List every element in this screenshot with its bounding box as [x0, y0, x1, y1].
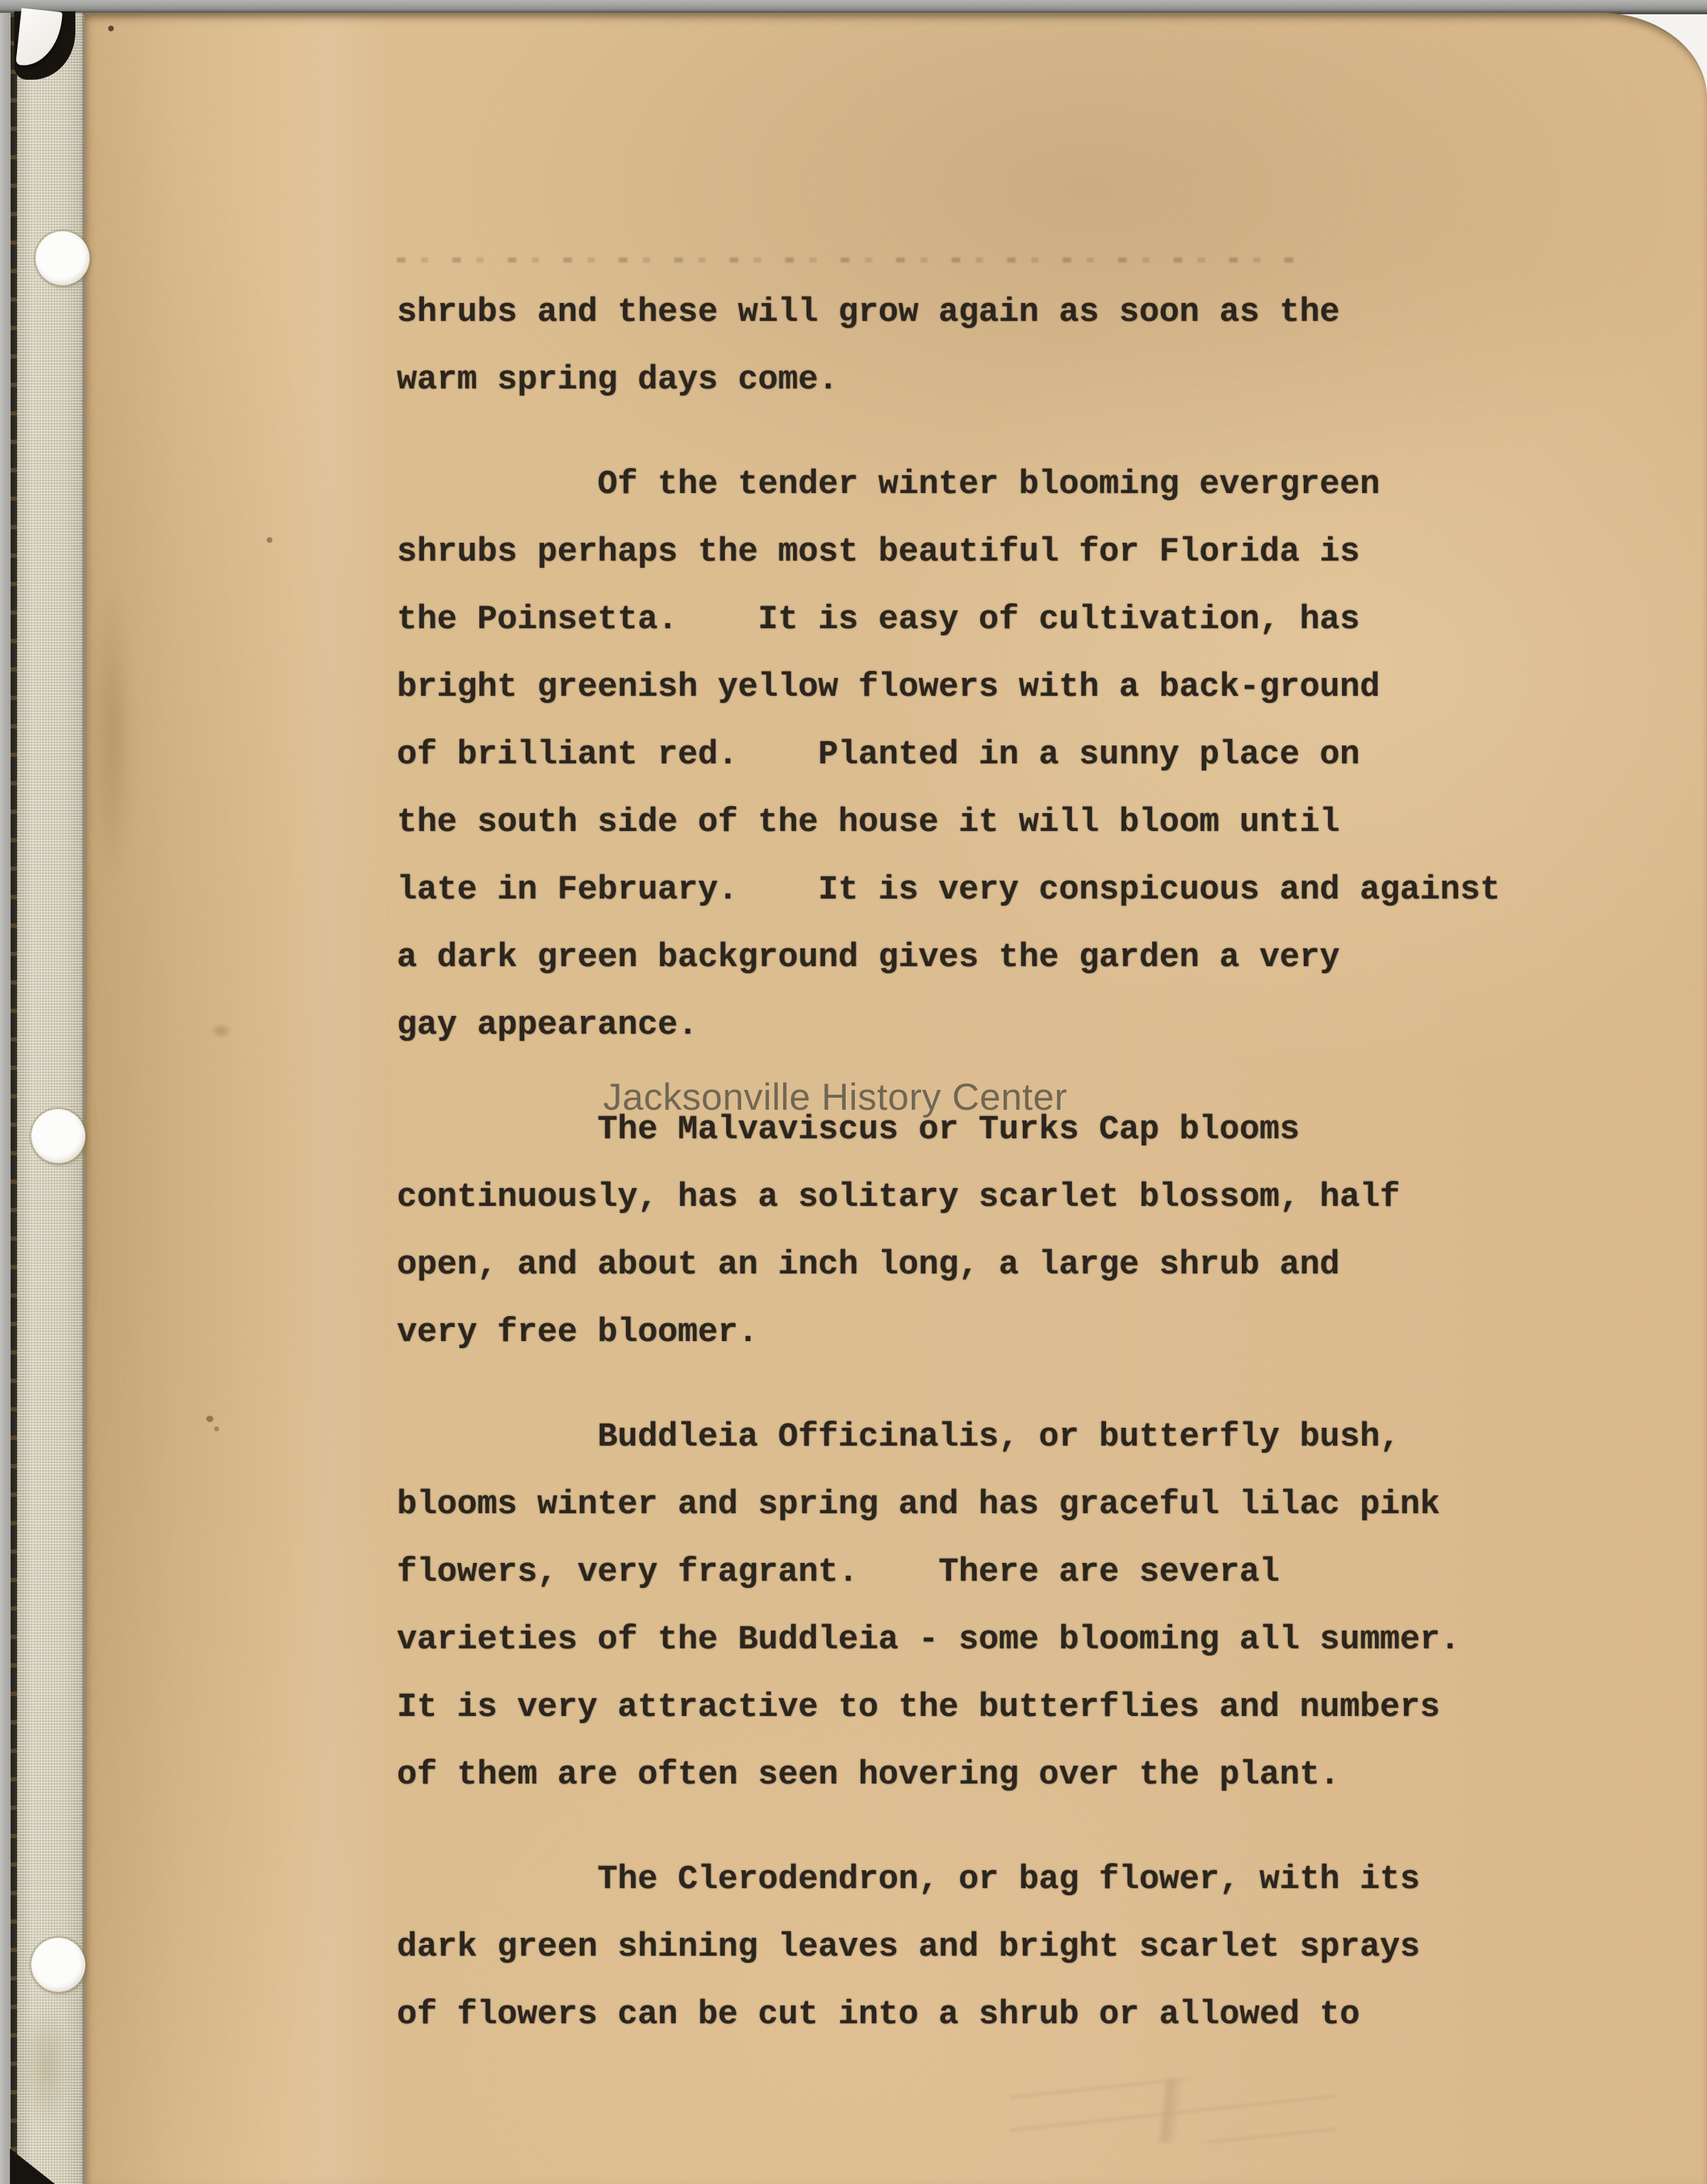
typewritten-line: late in February. It is very conspicuous… [397, 857, 1606, 924]
paragraph: The Clerodendron, or bag flower, with it… [397, 1846, 1606, 2049]
typewritten-line: The Clerodendron, or bag flower, with it… [397, 1846, 1606, 1914]
erased-typed-line [397, 258, 1293, 263]
pencil-inscription-faint [1010, 2079, 1337, 2143]
punch-hole-bottom [31, 1938, 85, 1992]
typewritten-line: of them are often seen hovering over the… [397, 1742, 1606, 1809]
typewritten-line: varieties of the Buddleia - some bloomin… [397, 1606, 1606, 1674]
paragraph: The Malvaviscus or Turks Cap bloomsconti… [397, 1096, 1606, 1367]
typewritten-line: the south side of the house it will bloo… [397, 789, 1606, 857]
typewritten-line: shrubs perhaps the most beautiful for Fl… [397, 519, 1606, 586]
watermark-text: Jacksonville History Center [603, 1076, 1068, 1119]
typewritten-line: It is very attractive to the butterflies… [397, 1674, 1606, 1742]
typewritten-line: continuously, has a solitary scarlet blo… [397, 1164, 1606, 1231]
binding-gap-shadow [11, 13, 17, 2184]
typewritten-line: gay appearance. [397, 992, 1606, 1059]
typewritten-line: of brilliant red. Planted in a sunny pla… [397, 721, 1606, 789]
punch-hole-middle [31, 1109, 85, 1163]
typewritten-line: shrubs and these will grow again as soon… [397, 279, 1606, 346]
typewritten-text-block: shrubs and these will grow again as soon… [397, 279, 1606, 2049]
paragraph: Of the tender winter blooming evergreens… [397, 451, 1606, 1059]
typewritten-line: Buddleia Officinalis, or butterfly bush, [397, 1404, 1606, 1471]
typewritten-line: blooms winter and spring and has gracefu… [397, 1471, 1606, 1539]
linen-binding-strip [17, 13, 84, 2184]
punch-hole-top [36, 231, 90, 285]
scanner-left-edge [0, 13, 11, 2184]
typewritten-line: open, and about an inch long, a large sh… [397, 1231, 1606, 1299]
scanned-page: shrubs and these will grow again as soon… [0, 0, 1707, 2184]
typewritten-line: of flowers can be cut into a shrub or al… [397, 1981, 1606, 2049]
typewritten-line: very free bloomer. [397, 1299, 1606, 1367]
typewritten-line: the Poinsetta. It is easy of cultivation… [397, 586, 1606, 654]
paragraph: shrubs and these will grow again as soon… [397, 279, 1606, 414]
typewritten-line: dark green shining leaves and bright sca… [397, 1914, 1606, 1981]
typewritten-line: bright greenish yellow flowers with a ba… [397, 654, 1606, 721]
scanner-top-bar [0, 0, 1707, 14]
typewritten-line: Of the tender winter blooming evergreen [397, 451, 1606, 519]
typewritten-line: a dark green background gives the garden… [397, 924, 1606, 992]
typewritten-line: flowers, very fragrant. There are severa… [397, 1539, 1606, 1606]
typewritten-line: warm spring days come. [397, 346, 1606, 414]
paragraph: Buddleia Officinalis, or butterfly bush,… [397, 1404, 1606, 1809]
